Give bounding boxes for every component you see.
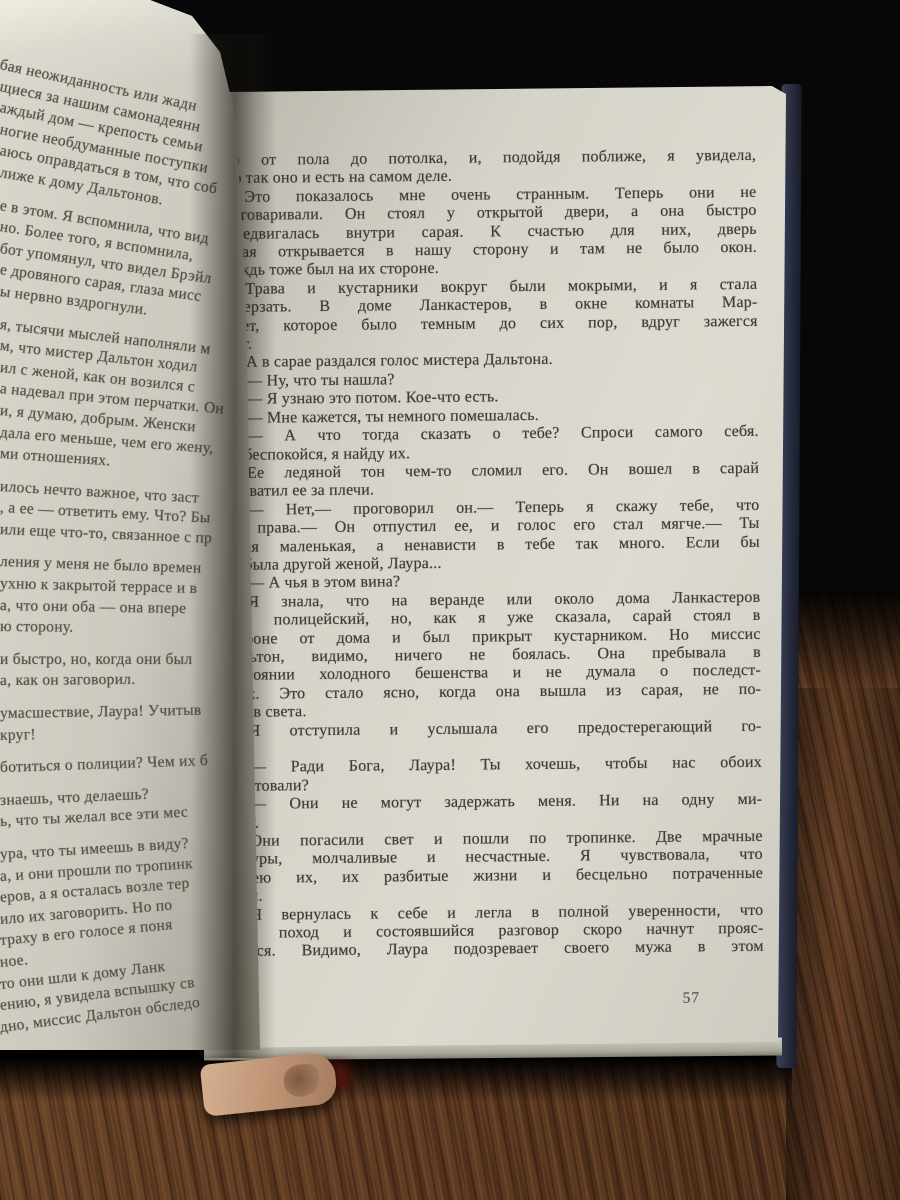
- photo-of-open-book: его от пола до потолка, и, подойдя побли…: [0, 0, 900, 1200]
- table-shadow-top: [786, 592, 900, 688]
- page-number: 57: [226, 989, 764, 1012]
- text-line: няться. Видимо, Лаура подозревает своего…: [226, 938, 764, 962]
- table-shadow-side: [786, 688, 900, 1200]
- book-gutter-shadow: [190, 34, 276, 1058]
- right-page-text: его от пола до потолка, и, подойдя побли…: [218, 147, 764, 1012]
- right-page: его от пола до потолка, и, подойдя побли…: [202, 86, 792, 1062]
